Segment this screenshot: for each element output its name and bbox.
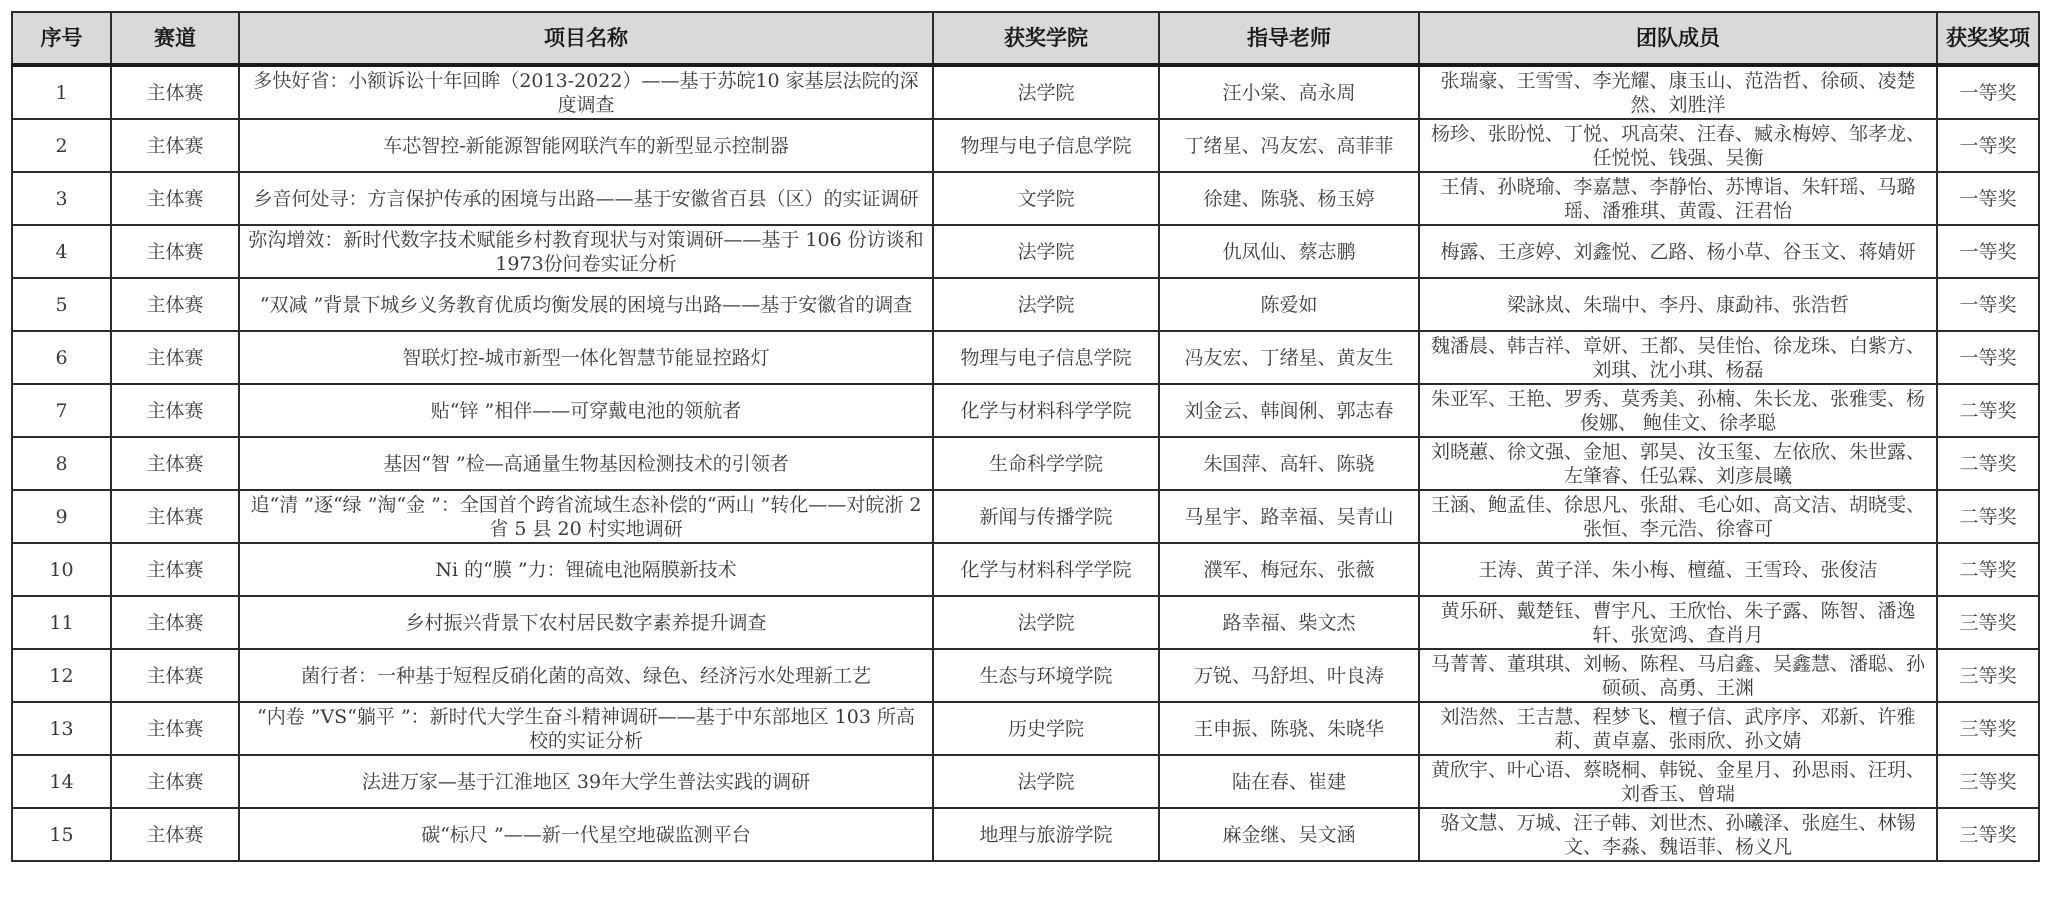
cell-award: 三等奖 [1937,649,2039,702]
cell-advisor: 冯友宏、丁绪星、黄友生 [1159,331,1419,384]
cell-no: 14 [12,755,111,808]
cell-award: 三等奖 [1937,596,2039,649]
cell-track: 主体赛 [111,543,239,596]
cell-award: 一等奖 [1937,65,2039,119]
cell-title: 弥沟增效：新时代数字技术赋能乡村教育现状与对策调研——基于 106 份访谈和 1… [239,225,933,278]
cell-award: 三等奖 [1937,755,2039,808]
cell-track: 主体赛 [111,384,239,437]
cell-track: 主体赛 [111,808,239,861]
table-row: 11 主体赛 乡村振兴背景下农村居民数字素养提升调查 法学院 路幸福、柴文杰 黄… [12,596,2039,649]
cell-college: 法学院 [933,278,1159,331]
table-row: 15 主体赛 碳“标尺 ”——新一代星空地碳监测平台 地理与旅游学院 麻金继、吴… [12,808,2039,861]
cell-advisor: 汪小棠、高永周 [1159,65,1419,119]
cell-title: 追“清 ”逐“绿 ”淘“金 ”：全国首个跨省流域生态补偿的“两山 ”转化——对皖… [239,490,933,543]
cell-advisor: 刘金云、韩阆俐、郭志春 [1159,384,1419,437]
cell-advisor: 路幸福、柴文杰 [1159,596,1419,649]
cell-college: 新闻与传播学院 [933,490,1159,543]
cell-college: 生命科学学院 [933,437,1159,490]
cell-advisor: 陈爱如 [1159,278,1419,331]
cell-track: 主体赛 [111,596,239,649]
cell-title: “双减 ”背景下城乡义务教育优质均衡发展的困境与出路——基于安徽省的调查 [239,278,933,331]
cell-members: 朱亚军、王艳、罗秀、莫秀美、孙楠、朱长龙、张雅雯、杨俊娜、 鲍佳文、徐孝聪 [1419,384,1937,437]
cell-award: 三等奖 [1937,808,2039,861]
cell-award: 一等奖 [1937,225,2039,278]
cell-no: 6 [12,331,111,384]
cell-college: 化学与材料科学学院 [933,543,1159,596]
cell-college: 法学院 [933,755,1159,808]
cell-advisor: 濮军、梅冠东、张薇 [1159,543,1419,596]
cell-title: 车芯智控-新能源智能网联汽车的新型显示控制器 [239,119,933,172]
cell-advisor: 麻金继、吴文涵 [1159,808,1419,861]
header-college: 获奖学院 [933,12,1159,65]
table-row: 7 主体赛 贴“锌 ”相伴——可穿戴电池的领航者 化学与材料科学学院 刘金云、韩… [12,384,2039,437]
cell-no: 5 [12,278,111,331]
cell-no: 15 [12,808,111,861]
cell-members: 黄乐研、戴楚钰、曹宇凡、王欣怡、朱子露、陈智、潘逸轩、张宽鸿、查肖月 [1419,596,1937,649]
cell-title: 乡音何处寻：方言保护传承的困境与出路——基于安徽省百县（区）的实证调研 [239,172,933,225]
cell-members: 刘晓蕙、徐文强、金旭、郭昊、汝玉玺、左依欣、朱世露、左肇睿、任弘霖、刘彦晨曦 [1419,437,1937,490]
awards-document: 序号 赛道 项目名称 获奖学院 指导老师 团队成员 获奖奖项 1 主体赛 多快好… [11,11,2040,862]
cell-no: 8 [12,437,111,490]
cell-track: 主体赛 [111,490,239,543]
header-no: 序号 [12,12,111,65]
cell-award: 二等奖 [1937,490,2039,543]
cell-advisor: 丁绪星、冯友宏、高菲菲 [1159,119,1419,172]
table-row: 8 主体赛 基因“智 ”检—高通量生物基因检测技术的引领者 生命科学学院 朱国萍… [12,437,2039,490]
cell-no: 11 [12,596,111,649]
cell-advisor: 马星宇、路幸福、吴青山 [1159,490,1419,543]
cell-college: 文学院 [933,172,1159,225]
cell-members: 王涵、鲍孟佳、徐思凡、张甜、毛心如、高文洁、胡晓雯、张恒、李元浩、徐睿可 [1419,490,1937,543]
cell-no: 7 [12,384,111,437]
table-row: 4 主体赛 弥沟增效：新时代数字技术赋能乡村教育现状与对策调研——基于 106 … [12,225,2039,278]
cell-track: 主体赛 [111,278,239,331]
cell-members: 刘浩然、王吉慧、程梦飞、檀子信、武序序、邓新、许雅莉、黄卓嘉、张雨欣、孙文婧 [1419,702,1937,755]
cell-title: 乡村振兴背景下农村居民数字素养提升调查 [239,596,933,649]
cell-track: 主体赛 [111,755,239,808]
cell-track: 主体赛 [111,437,239,490]
awards-table: 序号 赛道 项目名称 获奖学院 指导老师 团队成员 获奖奖项 1 主体赛 多快好… [11,11,2040,862]
cell-no: 9 [12,490,111,543]
cell-no: 10 [12,543,111,596]
cell-title: 法进万家—基于江淮地区 39年大学生普法实践的调研 [239,755,933,808]
cell-award: 一等奖 [1937,172,2039,225]
cell-members: 梁詠岚、朱瑞中、李丹、康勐祎、张浩哲 [1419,278,1937,331]
cell-college: 物理与电子信息学院 [933,331,1159,384]
header-row: 序号 赛道 项目名称 获奖学院 指导老师 团队成员 获奖奖项 [12,12,2039,65]
header-advisor: 指导老师 [1159,12,1419,65]
table-row: 12 主体赛 菌行者：一种基于短程反硝化菌的高效、绿色、经济污水处理新工艺 生态… [12,649,2039,702]
cell-title: Ni 的“膜 ”力：锂硫电池隔膜新技术 [239,543,933,596]
cell-title: 贴“锌 ”相伴——可穿戴电池的领航者 [239,384,933,437]
cell-members: 黄欣宇、叶心语、蔡晓桐、韩锐、金星月、孙思雨、汪玥、刘香玉、曾瑞 [1419,755,1937,808]
table-row: 2 主体赛 车芯智控-新能源智能网联汽车的新型显示控制器 物理与电子信息学院 丁… [12,119,2039,172]
header-award: 获奖奖项 [1937,12,2039,65]
cell-title: 多快好省：小额诉讼十年回眸（2013-2022）——基于苏皖10 家基层法院的深… [239,65,933,119]
cell-award: 一等奖 [1937,278,2039,331]
table-row: 13 主体赛 “内卷 ”VS“躺平 ”：新时代大学生奋斗精神调研——基于中东部地… [12,702,2039,755]
cell-track: 主体赛 [111,119,239,172]
cell-advisor: 王申振、陈骁、朱晓华 [1159,702,1419,755]
cell-award: 二等奖 [1937,437,2039,490]
cell-advisor: 徐建、陈骁、杨玉婷 [1159,172,1419,225]
cell-track: 主体赛 [111,649,239,702]
cell-title: “内卷 ”VS“躺平 ”：新时代大学生奋斗精神调研——基于中东部地区 103 所… [239,702,933,755]
cell-advisor: 万锐、马舒坦、叶良涛 [1159,649,1419,702]
table-row: 14 主体赛 法进万家—基于江淮地区 39年大学生普法实践的调研 法学院 陆在春… [12,755,2039,808]
cell-no: 4 [12,225,111,278]
table-row: 9 主体赛 追“清 ”逐“绿 ”淘“金 ”：全国首个跨省流域生态补偿的“两山 ”… [12,490,2039,543]
cell-members: 马菁菁、董琪琪、刘畅、陈程、马启鑫、吴鑫慧、潘聪、孙硕硕、高勇、王渊 [1419,649,1937,702]
table-row: 3 主体赛 乡音何处寻：方言保护传承的困境与出路——基于安徽省百县（区）的实证调… [12,172,2039,225]
cell-no: 12 [12,649,111,702]
cell-members: 杨珍、张盼悦、丁悦、巩高荣、汪春、臧永梅婷、邹孝龙、任悦悦、钱强、吴衡 [1419,119,1937,172]
cell-college: 物理与电子信息学院 [933,119,1159,172]
cell-members: 王倩、孙晓瑜、李嘉慧、李静怡、苏博诣、朱轩瑶、马璐瑶、潘雅琪、黄霞、汪君怡 [1419,172,1937,225]
cell-members: 魏潘晨、韩吉祥、章妍、王都、吴佳怡、徐龙珠、白紫方、刘琪、沈小琪、杨磊 [1419,331,1937,384]
cell-award: 二等奖 [1937,543,2039,596]
cell-track: 主体赛 [111,225,239,278]
cell-no: 1 [12,65,111,119]
cell-no: 3 [12,172,111,225]
cell-college: 历史学院 [933,702,1159,755]
cell-award: 一等奖 [1937,331,2039,384]
cell-title: 基因“智 ”检—高通量生物基因检测技术的引领者 [239,437,933,490]
header-title: 项目名称 [239,12,933,65]
cell-members: 骆文慧、万城、汪子韩、刘世杰、孙曦泽、张庭生、林锡文、李淼、魏语菲、杨义凡 [1419,808,1937,861]
cell-college: 法学院 [933,225,1159,278]
cell-track: 主体赛 [111,702,239,755]
cell-advisor: 仇凤仙、蔡志鹏 [1159,225,1419,278]
cell-title: 碳“标尺 ”——新一代星空地碳监测平台 [239,808,933,861]
cell-advisor: 陆在春、崔建 [1159,755,1419,808]
cell-award: 三等奖 [1937,702,2039,755]
table-row: 10 主体赛 Ni 的“膜 ”力：锂硫电池隔膜新技术 化学与材料科学学院 濮军、… [12,543,2039,596]
cell-no: 2 [12,119,111,172]
cell-college: 地理与旅游学院 [933,808,1159,861]
cell-members: 王涛、黄子洋、朱小梅、檀蕴、王雪玲、张俊洁 [1419,543,1937,596]
header-track: 赛道 [111,12,239,65]
cell-no: 13 [12,702,111,755]
cell-members: 张瑞豪、王雪雪、李光耀、康玉山、范浩哲、徐硕、凌楚然、刘胜洋 [1419,65,1937,119]
table-row: 6 主体赛 智联灯控-城市新型一体化智慧节能显控路灯 物理与电子信息学院 冯友宏… [12,331,2039,384]
cell-advisor: 朱国萍、高轩、陈骁 [1159,437,1419,490]
cell-college: 法学院 [933,596,1159,649]
header-members: 团队成员 [1419,12,1937,65]
cell-title: 菌行者：一种基于短程反硝化菌的高效、绿色、经济污水处理新工艺 [239,649,933,702]
cell-college: 生态与环境学院 [933,649,1159,702]
table-row: 5 主体赛 “双减 ”背景下城乡义务教育优质均衡发展的困境与出路——基于安徽省的… [12,278,2039,331]
cell-track: 主体赛 [111,172,239,225]
cell-members: 梅露、王彦婷、刘鑫悦、乙路、杨小草、谷玉文、蒋婧妍 [1419,225,1937,278]
table-row: 1 主体赛 多快好省：小额诉讼十年回眸（2013-2022）——基于苏皖10 家… [12,65,2039,119]
cell-college: 法学院 [933,65,1159,119]
cell-track: 主体赛 [111,65,239,119]
cell-award: 二等奖 [1937,384,2039,437]
cell-title: 智联灯控-城市新型一体化智慧节能显控路灯 [239,331,933,384]
cell-track: 主体赛 [111,331,239,384]
cell-college: 化学与材料科学学院 [933,384,1159,437]
cell-award: 一等奖 [1937,119,2039,172]
